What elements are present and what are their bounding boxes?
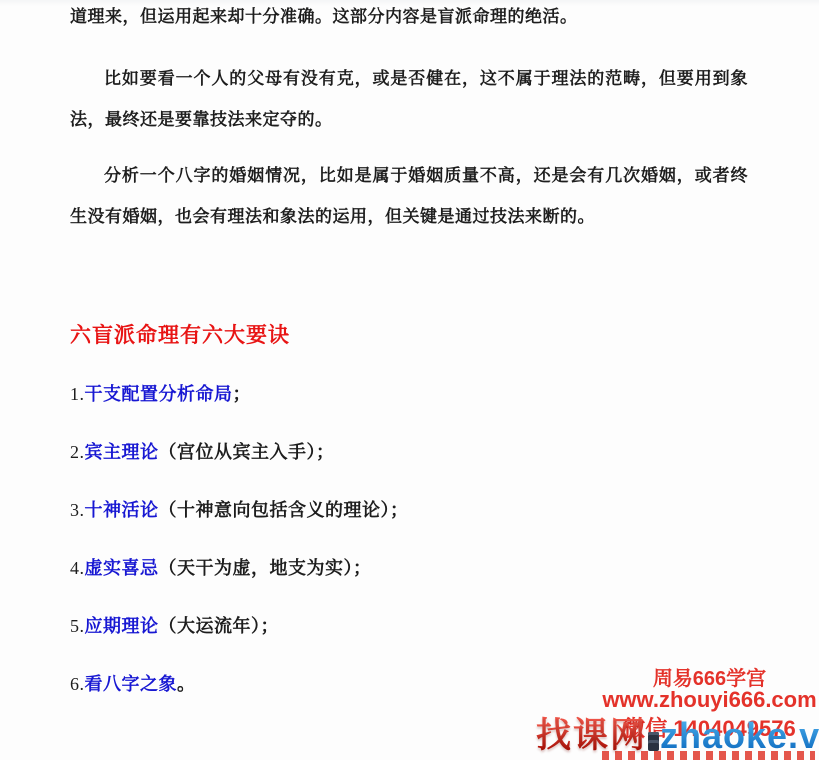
item-note: （十神意向包括含义的理论）；	[159, 500, 409, 520]
item-note: ；	[233, 384, 252, 404]
logo-chinese-text: 找课网	[536, 716, 647, 756]
item-number: 1.	[70, 384, 85, 404]
key-point-item: 2.宾主理论（宫位从宾主入手）；	[70, 432, 748, 472]
paragraph: 道理来，但运用起来却十分准确。这部分内容是盲派命理的绝活。	[70, 0, 748, 34]
item-number: 4.	[70, 558, 85, 578]
key-point-item: 5.应期理论（大运流年）；	[70, 606, 748, 646]
item-number: 2.	[70, 442, 85, 462]
key-point-item: 4.虚实喜忌（天干为虚，地支为实）；	[70, 548, 748, 588]
key-point-item: 1.干支配置分析命局；	[70, 374, 748, 414]
item-term: 宾主理论	[85, 442, 159, 462]
item-term: 虚实喜忌	[85, 558, 159, 578]
item-number: 6.	[70, 674, 85, 694]
logo-seal-mark	[648, 732, 659, 751]
watermark-url: www.zhouyi666.com	[600, 687, 819, 713]
paragraph: 比如要看一个人的父母有没有克，或是否健在，这不属于理法的范畴，但要用到象法，最终…	[70, 58, 748, 140]
paragraph: 分析一个八字的婚姻情况，比如是属于婚姻质量不高，还是会有几次婚姻，或者终生没有婚…	[70, 155, 748, 237]
key-point-item: 3.十神活论（十神意向包括含义的理论）；	[70, 490, 748, 530]
item-note: 。	[177, 674, 196, 694]
item-term: 干支配置分析命局	[85, 384, 233, 404]
item-note: （宫位从宾主入手）；	[159, 442, 335, 462]
logo-domain-text: zhaoke.vip	[660, 716, 819, 756]
item-note: （天干为虚，地支为实）；	[159, 558, 372, 578]
item-number: 5.	[70, 616, 85, 636]
watermark-logo: 找课网 zhaoke.vip	[536, 716, 819, 756]
item-term: 应期理论	[85, 616, 159, 636]
item-number: 3.	[70, 500, 85, 520]
item-term: 看八字之象	[85, 674, 178, 694]
item-note: （大运流年）；	[159, 616, 280, 636]
document-page: 道理来，但运用起来却十分准确。这部分内容是盲派命理的绝活。 比如要看一个人的父母…	[0, 0, 819, 760]
item-term: 十神活论	[85, 500, 159, 520]
section-heading: 六盲派命理有六大要诀	[70, 315, 748, 355]
